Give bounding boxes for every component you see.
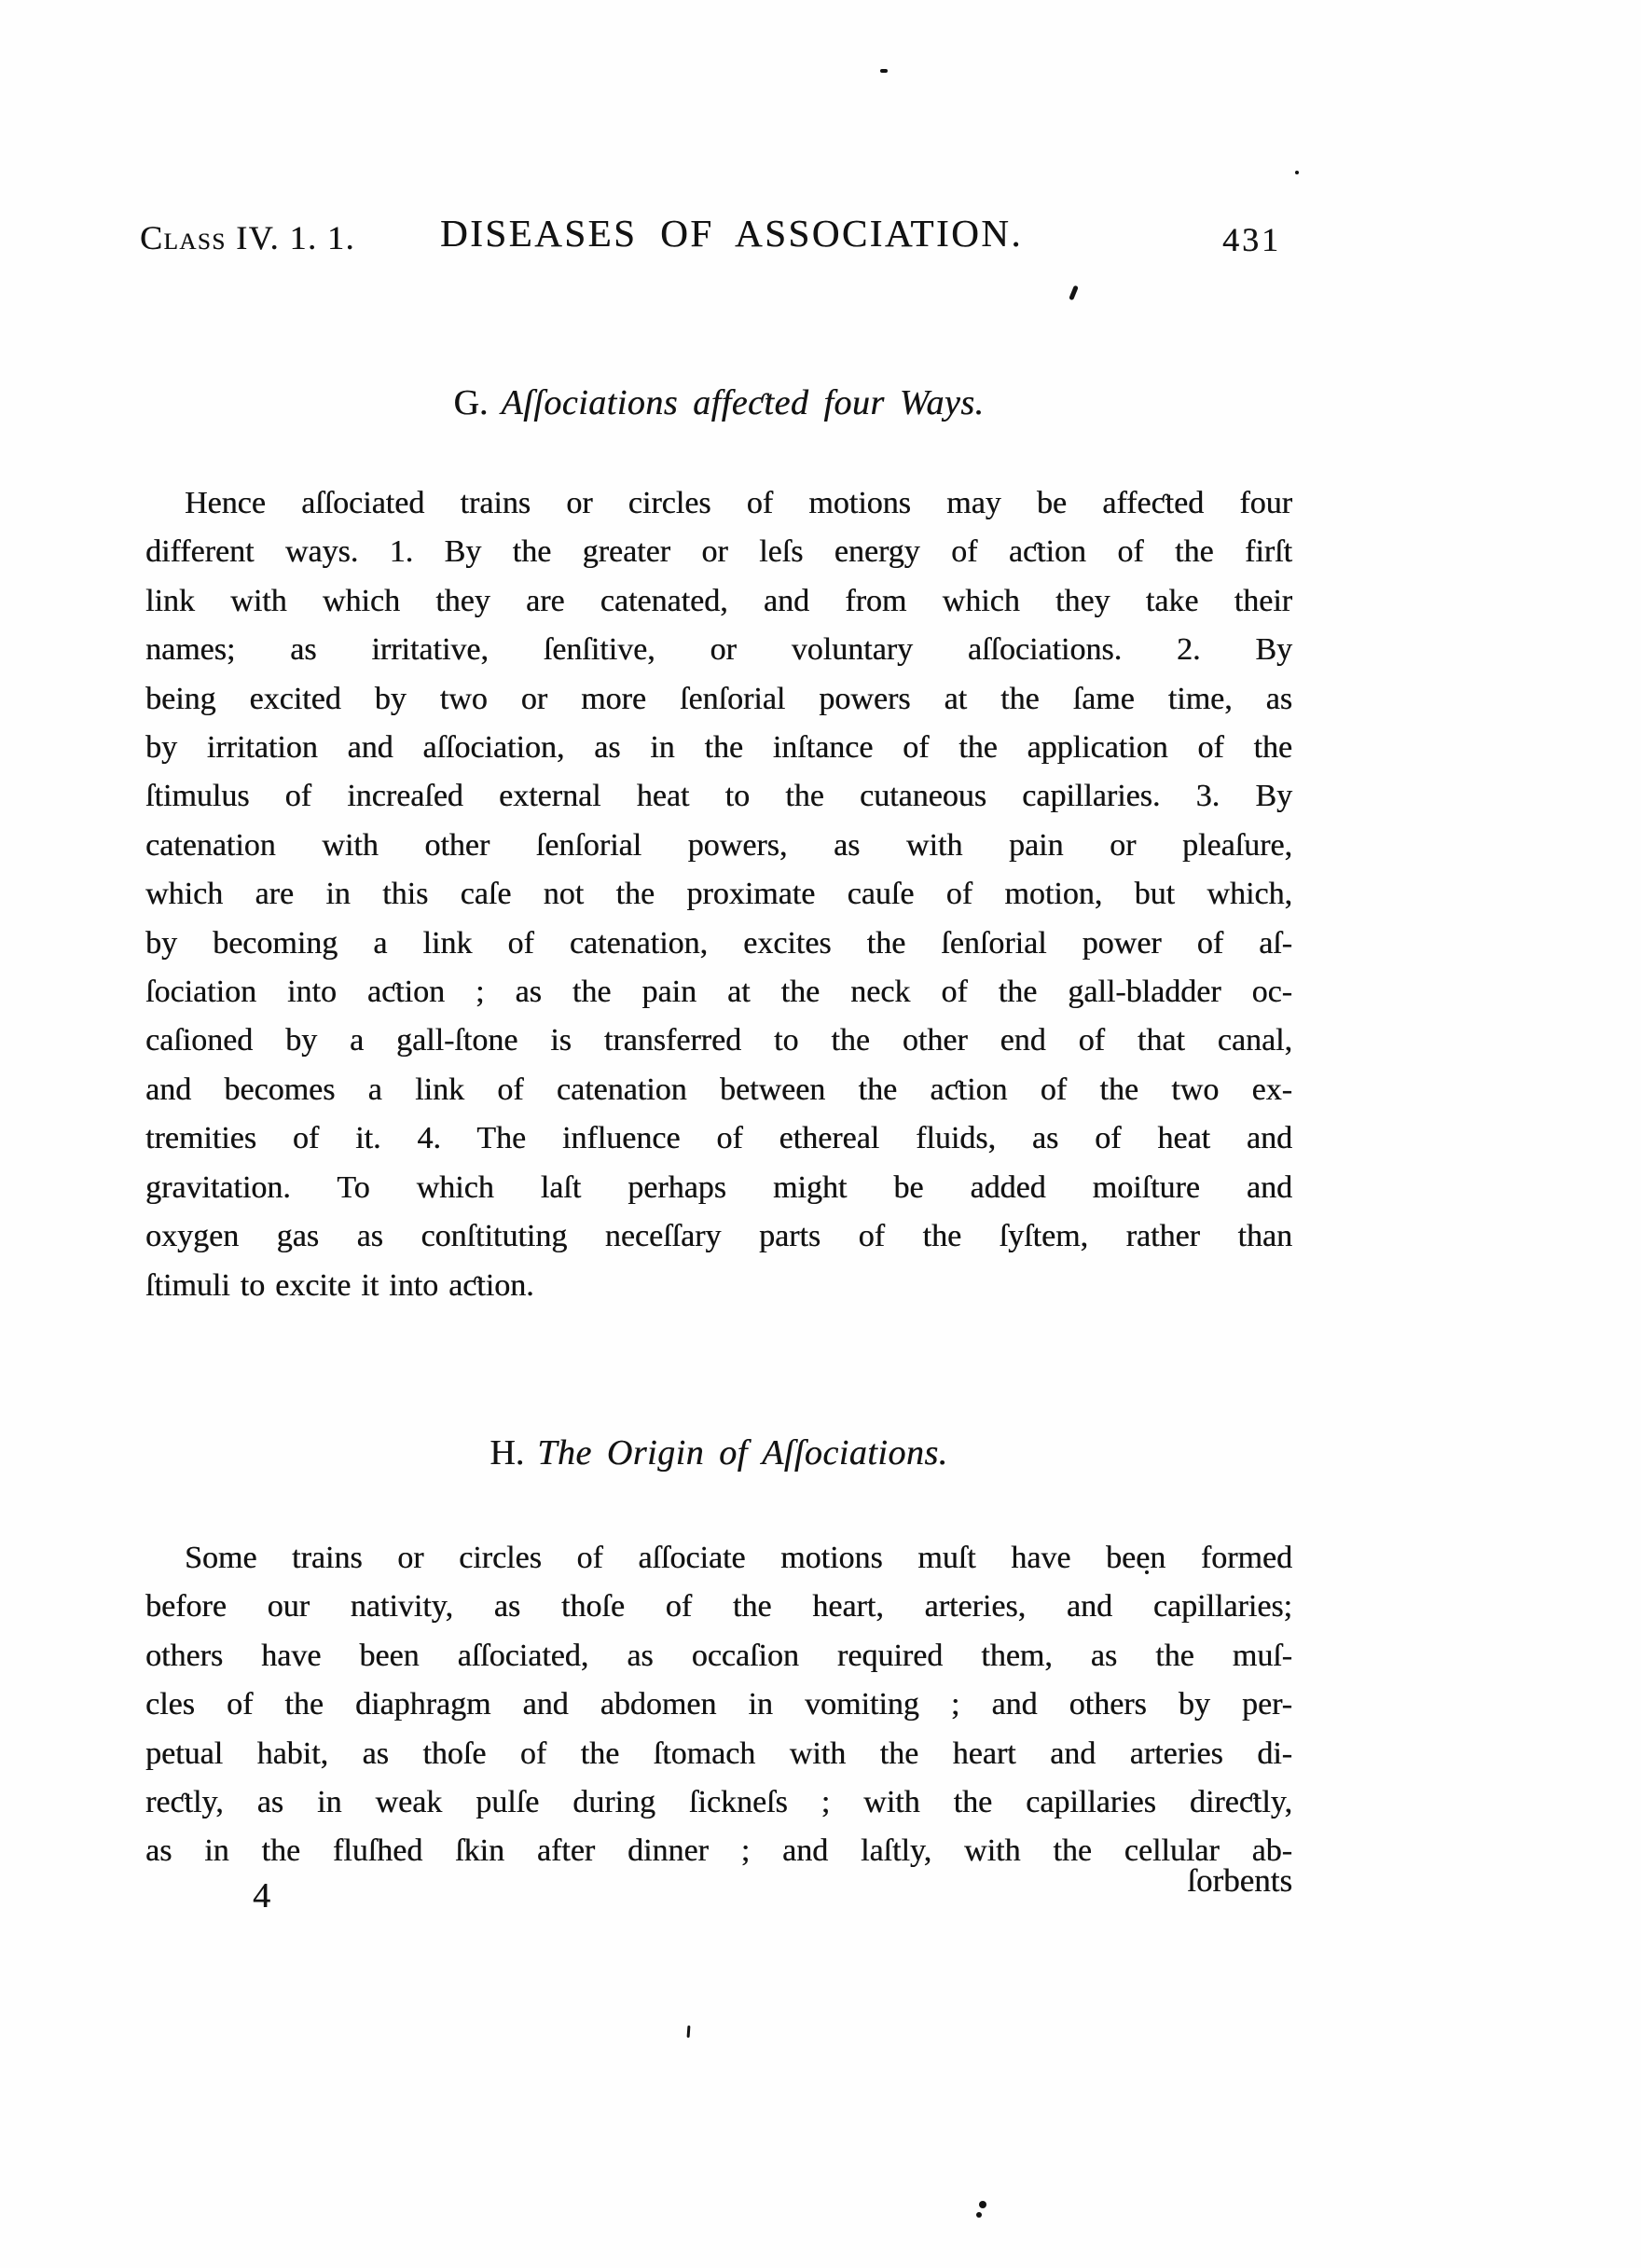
text-line: by becoming a link of catenation, excite… bbox=[145, 920, 1292, 968]
text-line: different ways. 1. By the greater or leſ… bbox=[145, 528, 1292, 576]
text-line: which are in this caſe not the proximate… bbox=[145, 870, 1292, 919]
text-line: by irritation and aſſociation, as in the… bbox=[145, 724, 1292, 772]
section-heading-g: G.Aſſociations affeƈted four Ways. bbox=[145, 382, 1292, 423]
text-line: Some trains or circles of aſſociate moti… bbox=[145, 1534, 1292, 1583]
section-letter-h: H. bbox=[490, 1433, 524, 1473]
text-line: caſioned by a gall-ſtone is transferred … bbox=[145, 1016, 1292, 1065]
ink-speck bbox=[1295, 171, 1299, 174]
paragraph-associations-affected-four-ways: Hence aſſociated trains or circles of mo… bbox=[145, 479, 1292, 1310]
ink-speck bbox=[979, 2201, 986, 2208]
ink-speck bbox=[880, 69, 888, 73]
text-line: catenation with other ſenſorial powers, … bbox=[145, 822, 1292, 870]
book-page: Class IV. 1. 1. DISEASES OF ASSOCIATION.… bbox=[0, 0, 1641, 2268]
text-line: being excited by two or more ſenſorial p… bbox=[145, 675, 1292, 724]
text-line: link with which they are catenated, and … bbox=[145, 577, 1292, 626]
text-line: before our nativity, as thoſe of the hea… bbox=[145, 1583, 1292, 1631]
text-line: ſtimuli to excite it into aƈtion. bbox=[145, 1262, 1292, 1310]
page-number: 431 bbox=[1222, 220, 1281, 259]
text-line: gravitation. To which laſt perhaps might… bbox=[145, 1164, 1292, 1212]
text-line: oxygen gas as conſtituting neceſſary par… bbox=[145, 1212, 1292, 1261]
text-line: cles of the diaphragm and abdomen in vom… bbox=[145, 1680, 1292, 1729]
text-line: and becomes a link of catenation between… bbox=[145, 1066, 1292, 1114]
text-line: reƈtly, as in weak pulſe during ſickneſs… bbox=[145, 1778, 1292, 1827]
paragraph-origin-of-associations: Some trains or circles of aſſociate moti… bbox=[145, 1534, 1292, 1876]
text-line: names; as irritative, ſenſitive, or volu… bbox=[145, 626, 1292, 674]
text-line: others have been aſſociated, as occaſion… bbox=[145, 1632, 1292, 1680]
header-class-label: Class IV. 1. 1. bbox=[140, 218, 355, 257]
ink-speck bbox=[687, 2026, 691, 2038]
text-line: petual habit, as thoſe of the ſtomach wi… bbox=[145, 1730, 1292, 1778]
text-line: ſtimulus of increaſed external heat to t… bbox=[145, 772, 1292, 821]
ink-speck bbox=[1069, 285, 1079, 301]
section-title-g: Aſſociations affeƈted four Ways. bbox=[501, 383, 984, 422]
section-letter-g: G. bbox=[453, 383, 488, 422]
section-heading-h: H.The Origin of Aſſociations. bbox=[145, 1432, 1292, 1473]
ink-speck bbox=[1145, 1570, 1149, 1574]
text-line: Hence aſſociated trains or circles of mo… bbox=[145, 479, 1292, 528]
catchword: ſorbents bbox=[145, 1862, 1292, 1900]
text-line: tremities of it. 4. The influence of eth… bbox=[145, 1114, 1292, 1163]
running-title: DISEASES OF ASSOCIATION. bbox=[440, 211, 1023, 256]
text-line: ſociation into aƈtion ; as the pain at t… bbox=[145, 968, 1292, 1016]
section-title-h: The Origin of Aſſociations. bbox=[537, 1433, 947, 1473]
